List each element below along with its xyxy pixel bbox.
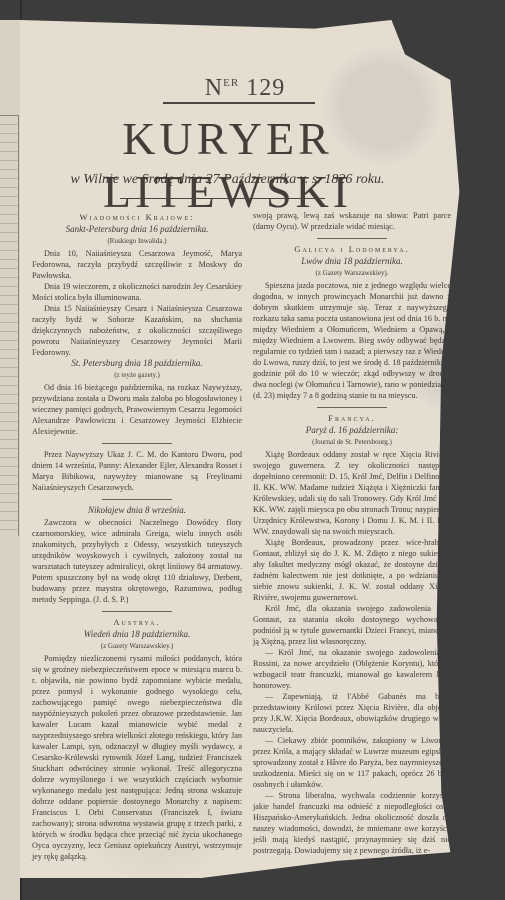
article-paragraph: Dnia 15 Naiiaśnieyszy Cesarz i Naiiaśnie… <box>32 303 242 358</box>
article-paragraph: Król Jmć, dla okazania swojego zadowolen… <box>253 603 451 647</box>
article-separator <box>102 443 172 444</box>
article-paragraph: Xiążę Bordeaux, prowadzony przez wice-hr… <box>253 537 451 603</box>
masthead-rule-bottom <box>120 198 325 199</box>
article-dateline: Nikołajew dnia 8 września. <box>32 505 242 516</box>
section-heading-galicia: Galicya i Lodomerya. <box>253 244 451 255</box>
article-dateline: Paryż d. 16 października: <box>253 425 451 436</box>
issue-dateline: w Wilnie we Srodę dnia 27 Października v… <box>20 172 435 188</box>
article-separator <box>102 499 172 500</box>
article-paragraph: — Zapewniają, iż l'Abbé Gabanès ma bydź … <box>253 691 451 735</box>
masthead-rule-top <box>163 102 315 104</box>
article-dateline: Lwów dnia 18 października. <box>253 256 451 267</box>
article-paragraph: Dnia 19 wieczorem, z okoliczności narodz… <box>32 281 242 303</box>
article-source: (z Gazety Warszawskiey). <box>253 268 451 279</box>
article-separator <box>102 611 172 612</box>
section-heading-france: Francya. <box>253 413 451 424</box>
article-paragraph: — Strona liberalna, wychwala codziennie … <box>253 790 451 856</box>
issue-number: NER 129 <box>180 75 310 102</box>
section-heading-domestic: Wiadomości Krajowe: <box>32 212 242 223</box>
article-separator <box>317 238 387 239</box>
article-dateline: St. Petersburg dnia 18 października. <box>32 358 242 369</box>
article-source: (Ruskiego Inwalida.) <box>32 236 242 247</box>
left-column: Wiadomości Krajowe: Sankt-Petersburg dni… <box>32 210 242 862</box>
section-heading-austria: Austrya. <box>32 617 242 628</box>
right-column: swoją prawą, lewą zaś wskazuje na słowa:… <box>253 210 451 856</box>
previous-page-table-fragment <box>0 115 19 536</box>
article-paragraph: Dnia 10, Naiiaśnieysza Cesarzowa Jeymość… <box>32 248 242 281</box>
newspaper-page: NER 129 KURYER LITEWSKI w Wilnie we Srod… <box>20 20 473 878</box>
article-paragraph: Xiążę Bordeaux oddany został w ręce Xięc… <box>253 449 451 537</box>
article-paragraph: Przez Naywyższy Ukaz J. C. M. do Kantoru… <box>32 449 242 493</box>
article-paragraph: Od dnia 16 bieżącego października, na ro… <box>32 382 242 437</box>
article-separator <box>317 407 387 408</box>
article-paragraph: Spieszna jazda pocztowa, nie z jednego w… <box>253 280 451 401</box>
article-continuation: swoją prawą, lewą zaś wskazuje na słowa:… <box>253 210 451 232</box>
article-dateline: Sankt-Petersburg dnia 16 października. <box>32 224 242 235</box>
article-paragraph: — Ciekawy zbiór pomników, zakupiony w Li… <box>253 735 451 790</box>
article-paragraph: — Król Jmć, na okazanie swojego zadowole… <box>253 647 451 691</box>
previous-page-edge <box>0 20 22 900</box>
article-source: (Journal de St. Petersbourg.) <box>253 437 451 448</box>
newspaper-title: KURYER LITEWSKI <box>20 112 435 218</box>
article-paragraph: Pomiędzy niezliczonemi rysami miłości po… <box>32 653 242 862</box>
article-dateline: Wiedeń dnia 18 października. <box>32 629 242 640</box>
article-paragraph: Zawczora w obecności Naczelnego Dowódcy … <box>32 517 242 605</box>
article-source: (z teyże gazety.) <box>32 370 242 381</box>
article-source: (z Gazety Warszawskiey.) <box>32 641 242 652</box>
